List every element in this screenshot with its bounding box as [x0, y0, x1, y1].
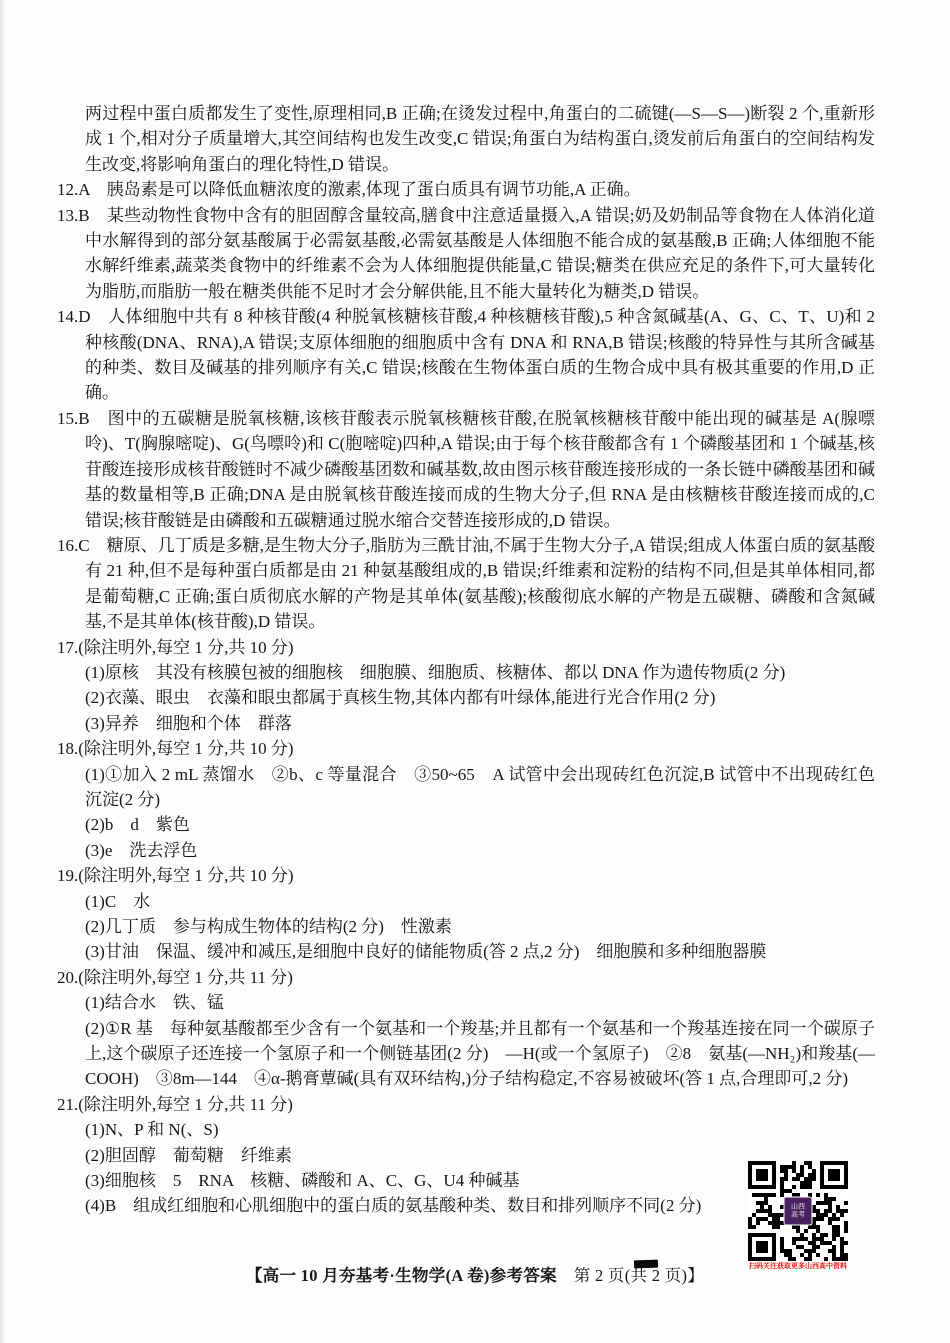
- page-footer: 【高一 10 月夯基考·生物学(A 卷)参考答案 第 2 页(共 2 页)】: [0, 1262, 950, 1286]
- answer-18-3: (3)e 洗去浮色: [85, 838, 875, 863]
- answer-13: 13.B 某些动物性食物中含有的胆固醇含量较高,膳食中注意适量摄入,A 错误;奶…: [85, 203, 875, 305]
- answer-15: 15.B 图中的五碳糖是脱氧核糖,该核苷酸表示脱氧核糖核苷酸,在脱氧核糖核苷酸中…: [85, 406, 875, 533]
- answer-21-1: (1)N、P 和 N(、S): [85, 1117, 875, 1142]
- answer-17-2: (2)衣藻、眼虫 衣藻和眼虫都属于真核生物,其体内都有叶绿体,能进行光合作用(2…: [85, 685, 875, 710]
- ink-smudge-artifact: [634, 1260, 658, 1269]
- answer-18-header: 18.(除注明外,每空 1 分,共 10 分): [85, 736, 875, 761]
- qr-center-text-line2: 高考: [791, 1211, 805, 1219]
- answer-19-header: 19.(除注明外,每空 1 分,共 10 分): [85, 863, 875, 888]
- answer-11-continuation: 两过程中蛋白质都发生了变性,原理相同,B 正确;在烫发过程中,角蛋白的二硫键(—…: [85, 101, 875, 177]
- footer-subject-title: 生物学(A 卷)参考答案: [395, 1266, 557, 1285]
- scan-edge-shadow: [0, 0, 6, 1343]
- answer-16: 16.C 糖原、几丁质是多糖,是生物大分子,脂肪为三酰甘油,不属于生物大分子,A…: [85, 533, 875, 635]
- answer-18-1: (1)①加入 2 mL 蒸馏水 ②b、c 等量混合 ③50~65 A 试管中会出…: [85, 762, 875, 813]
- answer-19-3: (3)甘油 保温、缓冲和减压,是细胞中良好的储能物质(答 2 点,2 分) 细胞…: [85, 939, 875, 964]
- answer-17-3: (3)异养 细胞和个体 群落: [85, 711, 875, 736]
- qr-code-block: 山西 高考 扫码关注获取更多山西高中资料: [747, 1161, 849, 1271]
- answer-20-1: (1)结合水 铁、锰: [85, 990, 875, 1015]
- footer-page-number: 第 2 页(共 2 页)】: [557, 1266, 704, 1285]
- answer-21-header: 21.(除注明外,每空 1 分,共 11 分): [85, 1092, 875, 1117]
- answer-17-header: 17.(除注明外,每空 1 分,共 10 分): [85, 635, 875, 660]
- footer-exam-name: 【高一 10 月夯基考·: [246, 1266, 395, 1285]
- answer-content: 两过程中蛋白质都发生了变性,原理相同,B 正确;在烫发过程中,角蛋白的二硫键(—…: [85, 101, 875, 1219]
- answer-sheet-page: 两过程中蛋白质都发生了变性,原理相同,B 正确;在烫发过程中,角蛋白的二硫键(—…: [0, 0, 950, 1343]
- answer-14: 14.D 人体细胞中共有 8 种核苷酸(4 种脱氧核糖核苷酸,4 种核糖核苷酸)…: [85, 304, 875, 406]
- answer-12: 12.A 胰岛素是可以降低血糖浓度的激素,体现了蛋白质具有调节功能,A 正确。: [85, 177, 875, 202]
- qr-center-text-line1: 山西: [791, 1203, 805, 1211]
- answer-19-1: (1)C 水: [85, 889, 875, 914]
- answer-20-2: (2)①R 基 每种氨基酸都至少含有一个氨基和一个羧基;并且都有一个氨基和一个羧…: [85, 1016, 875, 1092]
- answer-18-2: (2)b d 紫色: [85, 812, 875, 837]
- answer-19-2: (2)几丁质 参与构成生物体的结构(2 分) 性激素: [85, 914, 875, 939]
- answer-20-header: 20.(除注明外,每空 1 分,共 11 分): [85, 965, 875, 990]
- answer-17-1: (1)原核 其没有核膜包被的细胞核 细胞膜、细胞质、核糖体、都以 DNA 作为遗…: [85, 660, 875, 685]
- qr-center-logo: 山西 高考: [784, 1197, 813, 1226]
- qr-code-image: 山西 高考: [748, 1161, 848, 1261]
